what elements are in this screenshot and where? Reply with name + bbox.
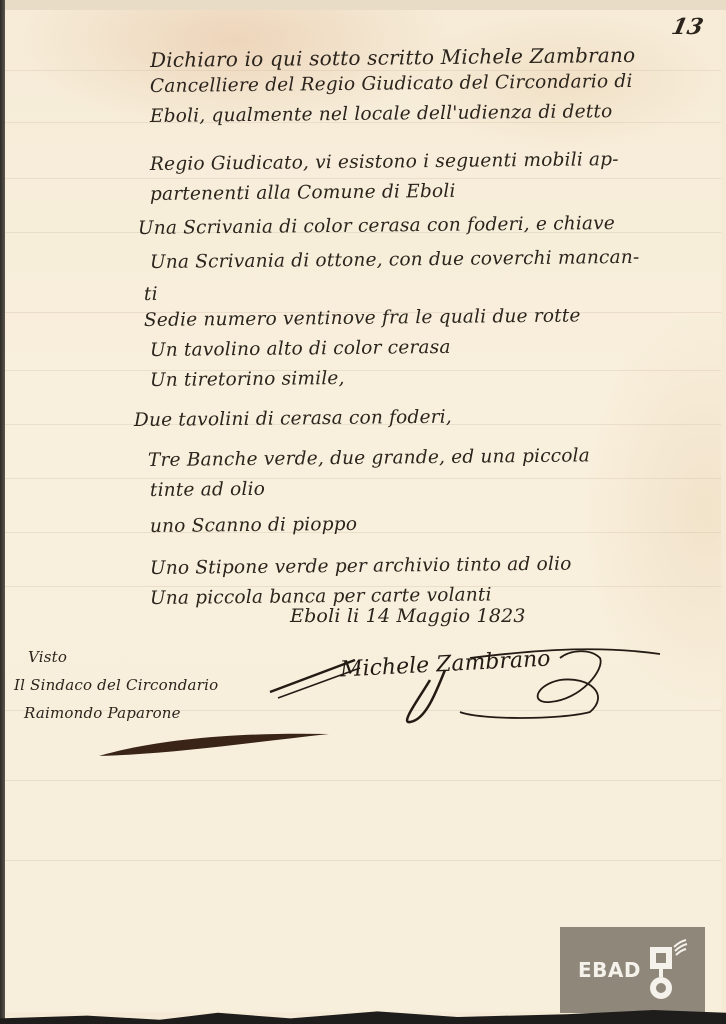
archive-seal-icon: [648, 937, 688, 1003]
body-line: ti: [144, 284, 158, 305]
visto-name: Raimondo Paparone: [24, 704, 181, 722]
body-line: Uno Stipone verde per archivio tinto ad …: [150, 554, 572, 579]
body-line: Un tavolino alto di color cerasa: [150, 337, 451, 361]
ruled-line: [5, 178, 721, 179]
ruled-line: [5, 478, 721, 479]
body-line: partenenti alla Comune di Eboli: [150, 181, 456, 205]
scan-top-strip: [0, 0, 726, 10]
visto-title: Il Sindaco del Circondario: [14, 676, 218, 694]
ruled-line: [5, 780, 721, 781]
body-line: Due tavolini di cerasa con foderi,: [134, 407, 452, 431]
signature-zambrano: Michele Zambrano: [260, 640, 680, 730]
visto-label: Visto: [28, 648, 67, 666]
body-line: tinte ad olio: [150, 479, 265, 501]
ruled-line: [5, 370, 721, 371]
ruled-line: [5, 532, 721, 533]
ebad-watermark: EBAD: [560, 927, 705, 1013]
body-line: Un tiretorino simile,: [150, 368, 345, 391]
visto-flourish-icon: [94, 726, 334, 766]
body-line: uno Scanno di pioppo: [150, 514, 357, 537]
document-scan: 13 Dichiaro io qui sotto scritto Michele…: [0, 0, 726, 1024]
body-line: Dichiaro io qui sotto scritto Michele Za…: [150, 43, 636, 72]
date-line: Eboli li 14 Maggio 1823: [290, 605, 526, 627]
scan-bottom-edge: [0, 1010, 726, 1024]
watermark-label: EBAD: [578, 958, 641, 982]
ruled-line: [5, 860, 721, 861]
page-number: 13: [669, 14, 706, 40]
